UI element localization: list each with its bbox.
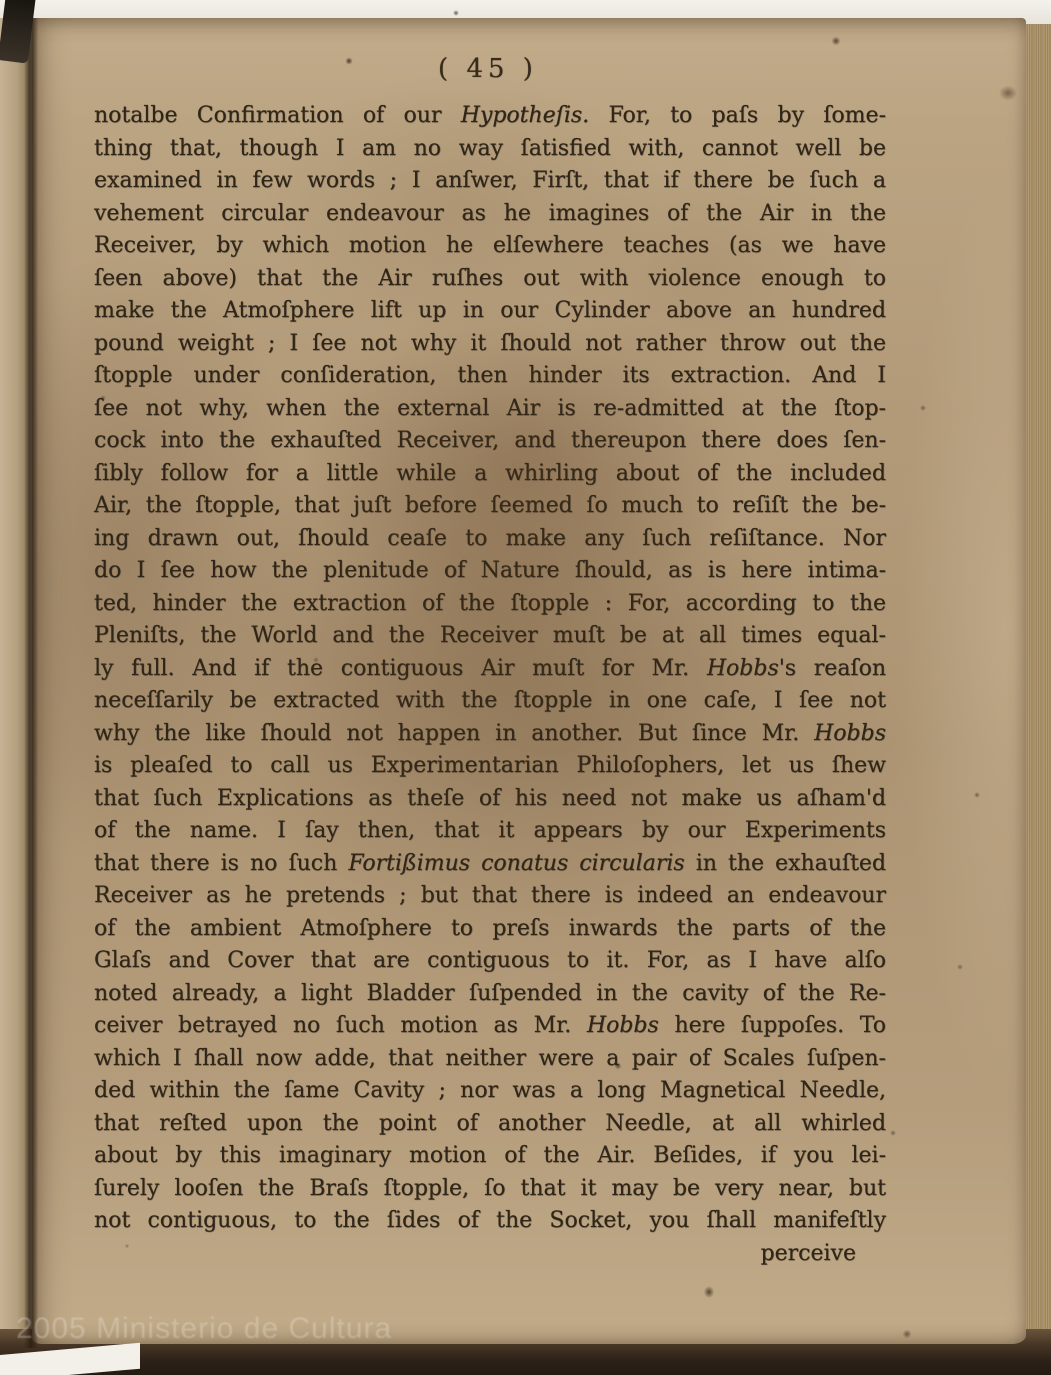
catchword: perceive [94, 1238, 886, 1271]
text-line: thing that, though I am no way ſatisfied… [94, 133, 886, 166]
text-segment: do I ſee how the plenitude of Nature ſho… [94, 558, 886, 583]
text-line: about by this imaginary motion of the Ai… [94, 1140, 886, 1173]
text-line: pound weight ; I ſee not why it ſhould n… [94, 328, 886, 361]
text-segment: neceſſarily be extracted with the ſtoppl… [94, 688, 886, 713]
text-segment: ſee not why, when the external Air is re… [94, 396, 886, 421]
italic-text-segment: Hypotheſis. [461, 103, 589, 128]
text-line: is pleaſed to call us Experimentarian Ph… [94, 750, 886, 783]
text-line: Pleniſts, the World and the Receiver muſ… [94, 620, 886, 653]
text-segment: thing that, though I am no way ſatisfied… [94, 136, 886, 161]
text-segment: ted, hinder the extraction of the ſtoppl… [94, 591, 886, 616]
text-segment: 's reaſon [779, 656, 886, 681]
text-segment: Receiver as he pretends ; but that there… [94, 883, 886, 908]
text-segment: about by this imaginary motion of the Ai… [94, 1143, 886, 1168]
text-segment: which I ſhall now adde, that neither wer… [94, 1046, 886, 1071]
text-line: ſurely looſen the Braſs ſtopple, ſo that… [94, 1173, 886, 1206]
text-line: ted, hinder the extraction of the ſtoppl… [94, 588, 886, 621]
text-line: of the ambient Atmoſphere to preſs inwar… [94, 913, 886, 946]
text-segment: noted already, a light Bladder ſuſpended… [94, 981, 886, 1006]
text-line: make the Atmoſphere lift up in our Cylin… [94, 295, 886, 328]
text-line: neceſſarily be extracted with the ſtoppl… [94, 685, 886, 718]
text-line: ſeen above) that the Air ruſhes out with… [94, 263, 886, 296]
text-line: cock into the exhauſted Receiver, and th… [94, 425, 886, 458]
text-line: ſtopple under conſideration, then hinder… [94, 360, 886, 393]
italic-text-segment: Hobbs [707, 656, 779, 681]
text-segment: cock into the exhauſted Receiver, and th… [94, 428, 886, 453]
text-line: of the name. I ſay then, that it appears… [94, 815, 886, 848]
text-segment: in the exhauſted [685, 851, 886, 876]
text-segment: ded within the ſame Cavity ; nor was a l… [94, 1078, 886, 1103]
text-segment: of the ambient Atmoſphere to preſs inwar… [94, 916, 886, 941]
text-segment: is pleaſed to call us Experimentarian Ph… [94, 753, 886, 778]
text-line: Air, the ſtopple, that juſt before ſeeme… [94, 490, 886, 523]
text-segment: Receiver, by which motion he elſewhere t… [94, 233, 886, 258]
text-segment: that ſuch Explications as theſe of his n… [94, 786, 886, 811]
text-line: Receiver as he pretends ; but that there… [94, 880, 886, 913]
text-line: ſibly follow for a little while a whirli… [94, 458, 886, 491]
text-segment: ing drawn out, ſhould ceaſe to make any … [94, 526, 886, 551]
text-line: that reſted upon the point of another Ne… [94, 1108, 886, 1141]
watermark: 2005 Ministerio de Cultura [16, 1312, 392, 1346]
text-segment: ceiver betrayed no ſuch motion as Mr. [94, 1013, 587, 1038]
page-number-header: ( 45 ) [92, 54, 884, 84]
text-segment: notalbe Confirmation of our [94, 103, 461, 128]
page-text-block: notalbe Confirmation of our Hypotheſis. … [94, 100, 886, 1270]
italic-text-segment: Hobbs [587, 1013, 659, 1038]
text-line: why the like ſhould not happen in anothe… [94, 718, 886, 751]
italic-text-segment: Fortißimus conatus circularis [348, 851, 684, 876]
text-segment: For, to paſs by ſome- [589, 103, 886, 128]
book-scan: ( 45 ) notalbe Confirmation of our Hypot… [0, 0, 1051, 1375]
text-segment: examined in few words ; I anſwer, Firſt,… [94, 168, 886, 193]
text-segment: ſurely looſen the Braſs ſtopple, ſo that… [94, 1176, 886, 1201]
text-line: examined in few words ; I anſwer, Firſt,… [94, 165, 886, 198]
text-segment: not contiguous, to the ſides of the Sock… [94, 1208, 886, 1233]
book-page: ( 45 ) notalbe Confirmation of our Hypot… [32, 18, 1026, 1344]
text-segment: ſeen above) that the Air ruſhes out with… [94, 266, 886, 291]
text-segment: of the name. I ſay then, that it appears… [94, 818, 886, 843]
text-segment: Pleniſts, the World and the Receiver muſ… [94, 623, 886, 648]
text-line: which I ſhall now adde, that neither wer… [94, 1043, 886, 1076]
text-segment: ſtopple under conſideration, then hinder… [94, 363, 886, 388]
gutter-crease [24, 18, 38, 1348]
text-line: ceiver betrayed no ſuch motion as Mr. Ho… [94, 1010, 886, 1043]
text-segment: why the like ſhould not happen in anothe… [94, 721, 814, 746]
text-line: ded within the ſame Cavity ; nor was a l… [94, 1075, 886, 1108]
text-segment: Air, the ſtopple, that juſt before ſeeme… [94, 493, 886, 518]
text-segment: pound weight ; I ſee not why it ſhould n… [94, 331, 886, 356]
text-segment: perceive [761, 1241, 856, 1266]
text-segment: that there is no ſuch [94, 851, 348, 876]
text-line: that ſuch Explications as theſe of his n… [94, 783, 886, 816]
text-line: noted already, a light Bladder ſuſpended… [94, 978, 886, 1011]
text-line: Glaſs and Cover that are contiguous to i… [94, 945, 886, 978]
text-line: do I ſee how the plenitude of Nature ſho… [94, 555, 886, 588]
text-line: ly full. And if the contiguous Air muſt … [94, 653, 886, 686]
text-line: notalbe Confirmation of our Hypotheſis. … [94, 100, 886, 133]
italic-text-segment: Hobbs [814, 721, 886, 746]
text-line: that there is no ſuch Fortißimus conatus… [94, 848, 886, 881]
text-segment: ſibly follow for a little while a whirli… [94, 461, 886, 486]
text-line: Receiver, by which motion he elſewhere t… [94, 230, 886, 263]
text-segment: here ſuppoſes. To [659, 1013, 886, 1038]
text-segment: vehement circular endeavour as he imagin… [94, 201, 886, 226]
text-line: ſee not why, when the external Air is re… [94, 393, 886, 426]
text-line: ing drawn out, ſhould ceaſe to make any … [94, 523, 886, 556]
text-segment: Glaſs and Cover that are contiguous to i… [94, 948, 886, 973]
text-segment: make the Atmoſphere lift up in our Cylin… [94, 298, 886, 323]
text-segment: that reſted upon the point of another Ne… [94, 1111, 886, 1136]
text-segment: ly full. And if the contiguous Air muſt … [94, 656, 707, 681]
text-line: not contiguous, to the ſides of the Sock… [94, 1205, 886, 1238]
text-line: vehement circular endeavour as he imagin… [94, 198, 886, 231]
